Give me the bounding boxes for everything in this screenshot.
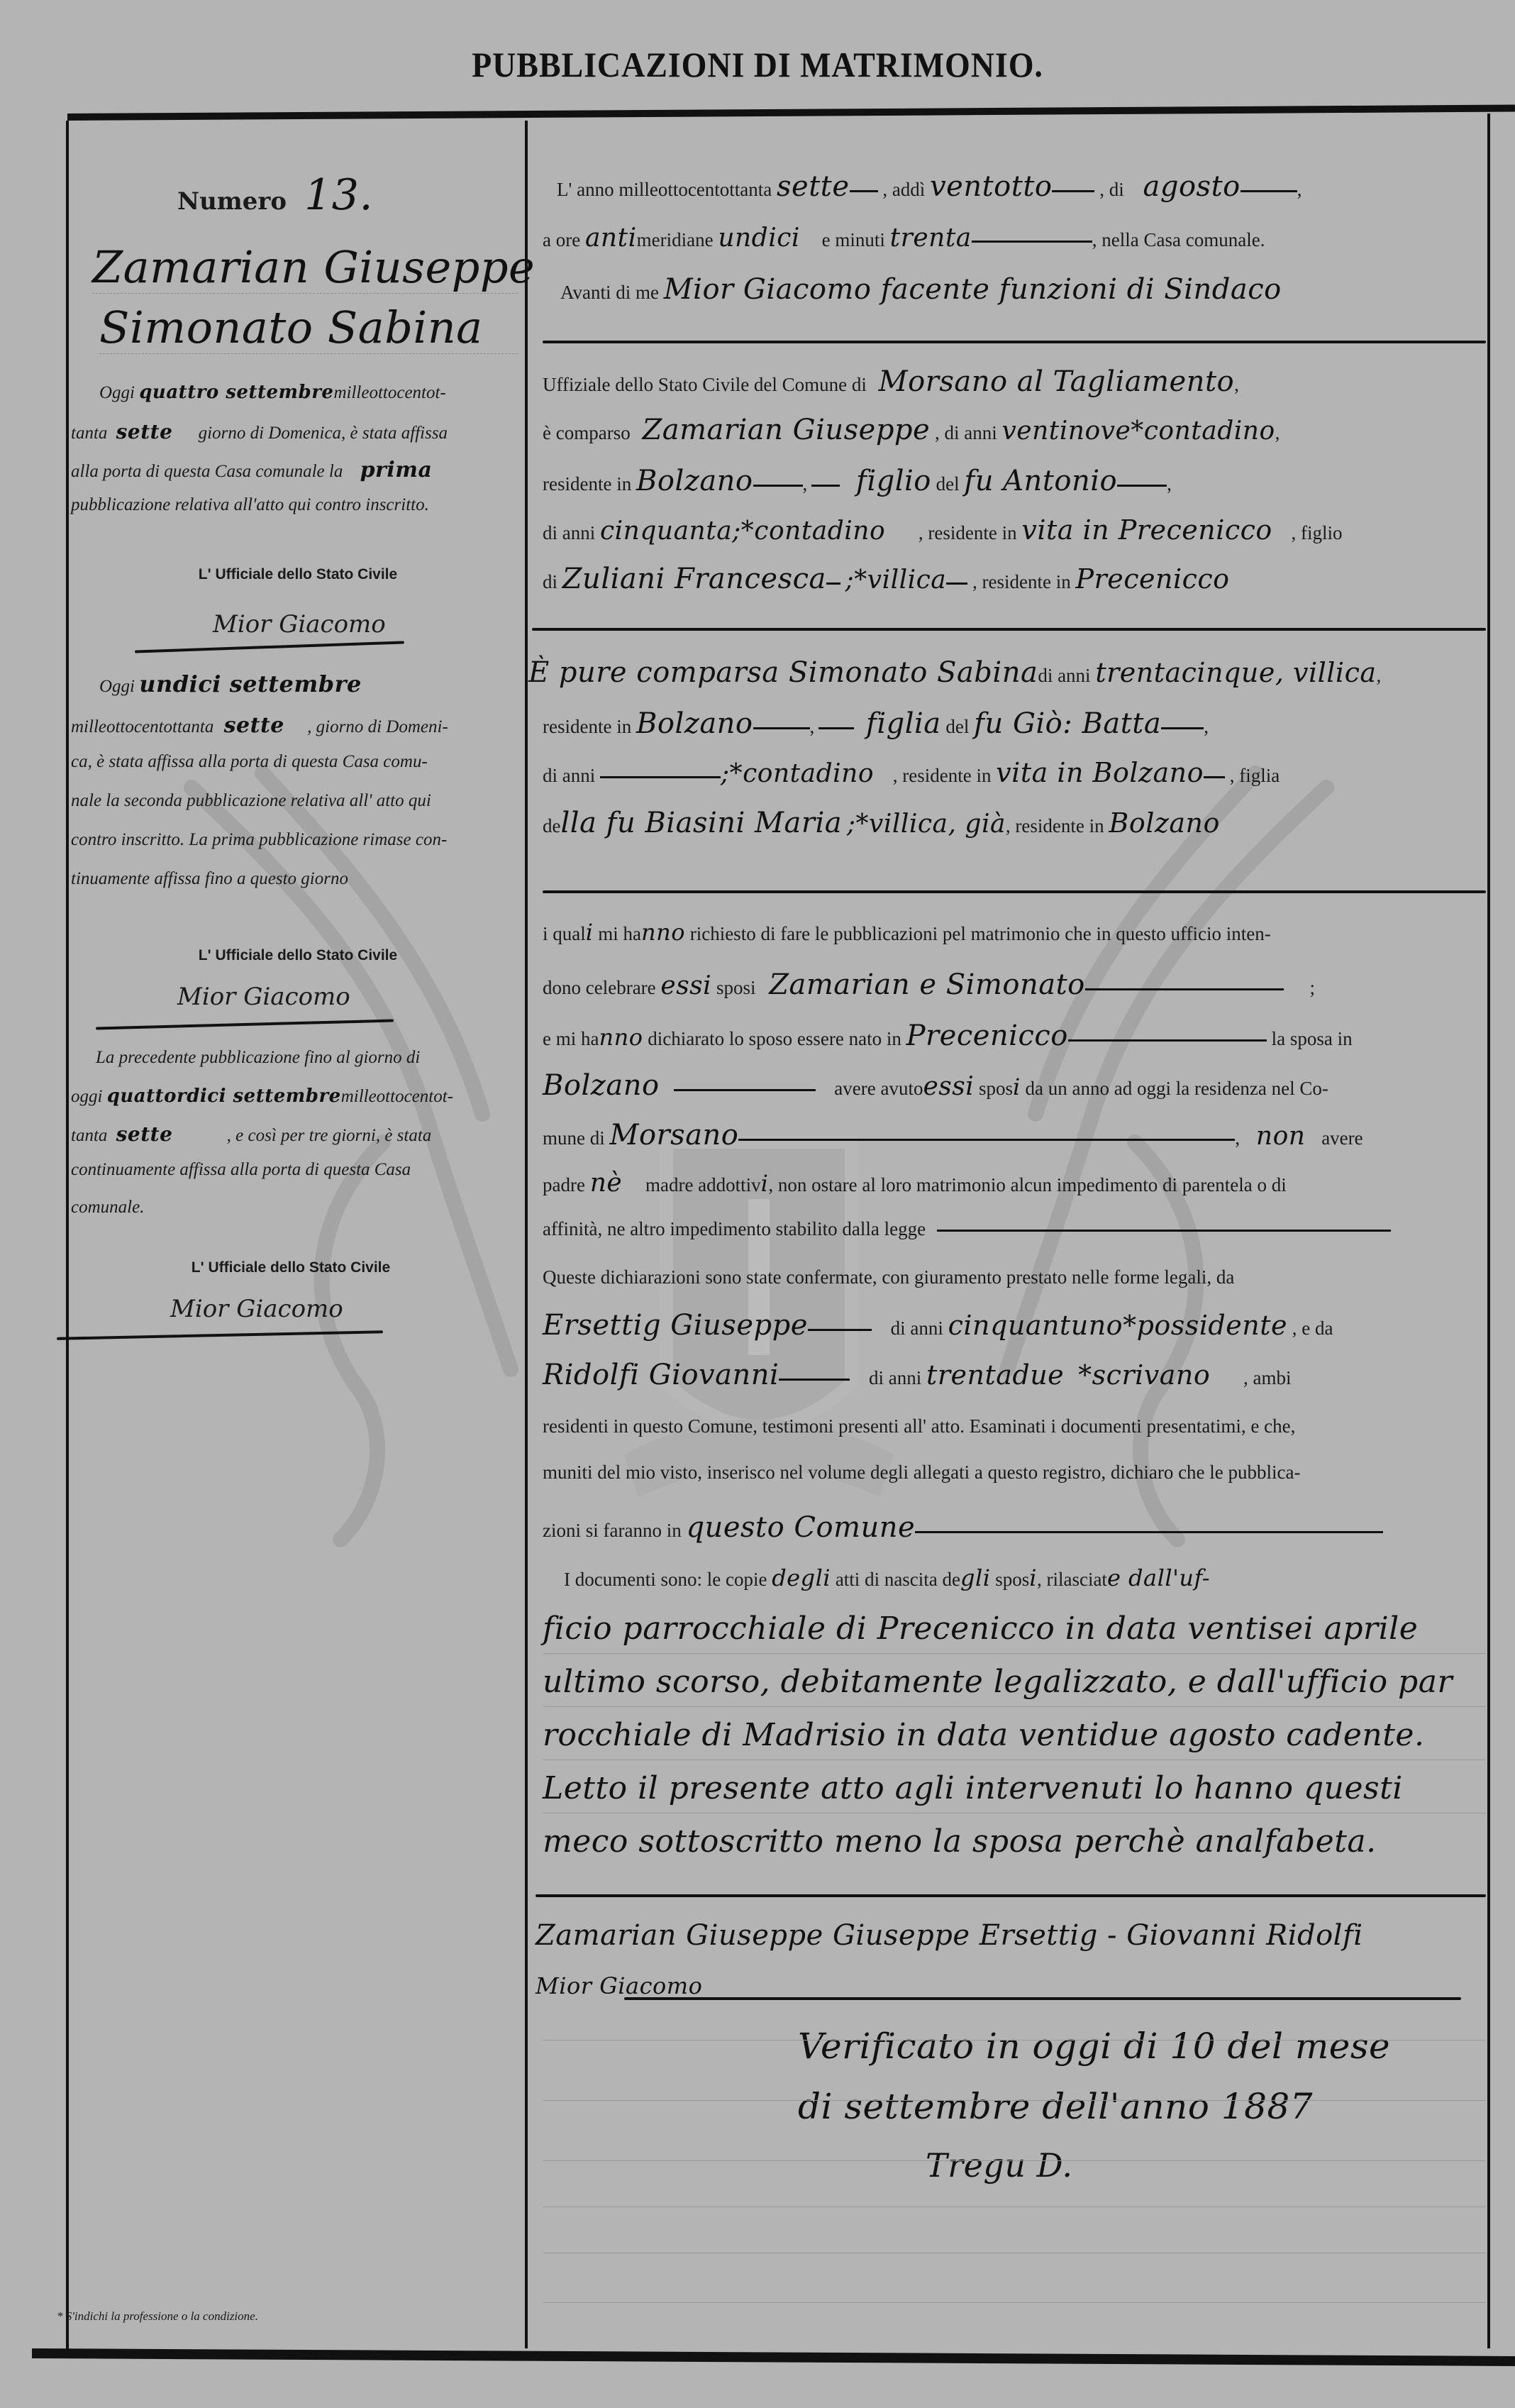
hour-value: undici bbox=[718, 223, 800, 253]
bride-age: trentacinque bbox=[1095, 657, 1275, 688]
second-pub-line2: milleottocentottanta sette , giorno di D… bbox=[71, 713, 448, 738]
text: meridiane bbox=[637, 229, 714, 250]
signature-underline bbox=[624, 1997, 1461, 2000]
text: , ambi bbox=[1243, 1367, 1292, 1388]
second-pub-line3: ca, è stata affissa alla porta di questa… bbox=[71, 752, 428, 772]
text: dono celebrare bbox=[543, 977, 656, 998]
numero-label: Numero bbox=[177, 187, 287, 216]
text: , giorno di Domeni- bbox=[307, 717, 448, 736]
section-divider bbox=[543, 890, 1486, 893]
plural-suffix: nno bbox=[599, 1024, 643, 1051]
text: richiesto di fare le pubblicazioni pel m… bbox=[690, 923, 1271, 944]
bride-father-residence: vita in Bolzano bbox=[996, 757, 1204, 788]
first-pub-year: sette bbox=[116, 420, 173, 443]
text: , residente in bbox=[919, 522, 1017, 543]
comune-value: Morsano al Tagliamento bbox=[879, 365, 1234, 398]
witness1-profession: *possidente bbox=[1123, 1310, 1287, 1341]
groom-name: Zamarian Giuseppe bbox=[92, 241, 535, 293]
father-profession: ;*contadino bbox=[732, 517, 885, 546]
ne-value: nè bbox=[590, 1169, 623, 1198]
signatures-row: Zamarian Giuseppe Giuseppe Ersettig - Gi… bbox=[535, 1919, 1363, 1952]
hw-text: gli bbox=[960, 1564, 990, 1591]
spouses-value: Zamarian e Simonato bbox=[769, 968, 1085, 1001]
adoptive-parents-line: padre nè madre addottivi, non ostare al … bbox=[543, 1169, 1287, 1198]
text: , di anni bbox=[935, 422, 997, 443]
document-title: PUBBLICAZIONI DI MATRIMONIO. bbox=[60, 44, 1454, 85]
closing-year: sette bbox=[116, 1122, 173, 1146]
closing-line3: tanta sette , e così per tre giorni, è s… bbox=[71, 1122, 431, 1146]
text: di anni bbox=[543, 765, 595, 786]
frame-bottom-rule bbox=[32, 2348, 1515, 2366]
mother-name: Zuliani Francesca bbox=[562, 563, 826, 595]
groom-residence: Bolzano bbox=[636, 465, 753, 497]
text: , residente in bbox=[972, 571, 1071, 592]
register-line: muniti del mio visto, inserisco nel volu… bbox=[543, 1462, 1300, 1484]
text: , e da bbox=[1292, 1318, 1333, 1339]
groom-value: Zamarian Giuseppe bbox=[642, 414, 930, 446]
text: , bbox=[1297, 179, 1302, 200]
text: avere bbox=[1321, 1127, 1363, 1149]
witness1-line: Ersettig Giuseppe di anni cinquantuno*po… bbox=[543, 1309, 1333, 1342]
ruled-line bbox=[543, 2040, 1486, 2040]
witness1-age: cinquantuno bbox=[948, 1310, 1123, 1341]
text: , nella Casa comunale. bbox=[1092, 229, 1265, 250]
groom-name-row: Zamarian Giuseppe bbox=[92, 241, 518, 294]
essi-value: essi bbox=[923, 1072, 974, 1101]
text: ; bbox=[1309, 977, 1315, 998]
witness2-age: trentadue bbox=[926, 1359, 1064, 1391]
daughter-of: figlia bbox=[866, 707, 941, 740]
text: , bbox=[1234, 374, 1239, 395]
bride-birthplace: Bolzano bbox=[543, 1069, 660, 1102]
text: di anni bbox=[891, 1318, 943, 1339]
text: di anni bbox=[869, 1367, 921, 1388]
text: , rilasciat bbox=[1037, 1569, 1107, 1590]
first-pub-line1: Oggi quattro settembremilleottocentot- bbox=[99, 382, 446, 403]
officer-signature-2: Mior Giacomo bbox=[177, 983, 350, 1011]
text: i qual bbox=[543, 923, 586, 944]
section-divider bbox=[532, 628, 1486, 631]
first-pub-line4: pubblicazione relativa all'atto qui cont… bbox=[71, 495, 429, 515]
ruled-line bbox=[543, 1706, 1486, 1707]
text: di anni bbox=[1038, 665, 1090, 686]
text: de bbox=[543, 815, 560, 836]
text: di nascita de bbox=[865, 1569, 960, 1590]
officer-signature-3: Mior Giacomo bbox=[170, 1295, 343, 1323]
impediment-line: affinità, ne altro impedimento stabilito… bbox=[543, 1218, 1391, 1240]
text: oggi bbox=[71, 1087, 102, 1106]
plural-suffix: i bbox=[761, 1170, 769, 1197]
text: mune di bbox=[543, 1127, 605, 1149]
officer-final-signature: Mior Giacomo bbox=[535, 1972, 702, 1999]
text: avere avuto bbox=[834, 1078, 923, 1099]
second-pub-line1: Oggi undici settembre bbox=[99, 670, 362, 697]
text: giorno di Domenica, è stata affissa bbox=[199, 424, 448, 443]
bride-name: Simonato Sabina bbox=[99, 302, 483, 353]
second-pub-year: sette bbox=[224, 713, 284, 738]
signature-underline bbox=[57, 1330, 383, 1340]
first-pub-line3: alla porta di questa Casa comunale la pr… bbox=[71, 458, 432, 482]
first-pub-ordinal: prima bbox=[360, 458, 433, 482]
text: , e così per tre giorni, è stata bbox=[227, 1126, 432, 1145]
bride-mother-residence: Bolzano bbox=[1109, 807, 1219, 839]
act-time-line: a ore antimeridiane undici e minuti tren… bbox=[543, 223, 1265, 253]
father-name: fu Antonio bbox=[964, 465, 1117, 497]
text: è comparso bbox=[543, 422, 631, 443]
first-pub-line2: tanta sette giorno di Domenica, è stata … bbox=[71, 420, 448, 443]
comune-residence-line: mune di Morsano, non avere bbox=[543, 1119, 1363, 1151]
text: atti bbox=[836, 1569, 860, 1590]
birthplace-line: e mi hanno dichiarato lo sposo essere na… bbox=[543, 1020, 1353, 1052]
bride-residence-line: residente in Bolzano, figlia del fu Giò:… bbox=[543, 707, 1209, 740]
publication-place-line: zioni si faranno in questo Comune bbox=[543, 1511, 1383, 1544]
officer-label-2: L' Ufficiale dello Stato Civile bbox=[71, 947, 525, 964]
ruled-line bbox=[543, 2100, 1486, 2101]
text: I documenti sono: le copie bbox=[564, 1569, 767, 1590]
text: milleottocentottanta bbox=[71, 717, 213, 736]
oggi-label: Oggi bbox=[99, 677, 135, 696]
ante-value: anti bbox=[585, 223, 637, 253]
bride-father-profession: ;*contadino bbox=[721, 759, 874, 788]
closing-line2: oggi quattordici settembremilleottocento… bbox=[71, 1086, 453, 1107]
text: , non ostare al loro matrimonio alcun im… bbox=[768, 1174, 1286, 1195]
mother-residence: Precenicco bbox=[1075, 563, 1229, 595]
bride-mother-profession: ;*villica, già bbox=[847, 810, 1006, 839]
handwritten-line-3: rocchiale di Madrisio in data ventidue a… bbox=[543, 1717, 1424, 1753]
bride-mother-line: della fu Biasini Maria ;*villica, già, r… bbox=[543, 807, 1220, 839]
text: e mi ha bbox=[543, 1028, 599, 1049]
request-line: i quali mi hanno richiesto di fare le pu… bbox=[543, 919, 1271, 946]
witness1-name: Ersettig Giuseppe bbox=[543, 1309, 808, 1342]
handwritten-line-4: Letto il presente atto agli intervenuti … bbox=[543, 1770, 1403, 1806]
plural-suffix: i bbox=[1013, 1073, 1021, 1100]
closing-line1: La precedente pubblicazione fino al gior… bbox=[96, 1048, 420, 1068]
text: sposi bbox=[716, 977, 756, 998]
ruled-line bbox=[543, 1760, 1486, 1760]
closing-line5: comunale. bbox=[71, 1198, 144, 1217]
text: residente in bbox=[543, 716, 631, 737]
ruled-line bbox=[543, 1653, 1486, 1654]
signature-underline bbox=[135, 641, 404, 653]
text: affinità, ne altro impedimento stabilito… bbox=[543, 1218, 926, 1239]
ruled-line bbox=[543, 2160, 1486, 2161]
essi-value: essi bbox=[660, 971, 711, 1000]
text: di anni bbox=[543, 522, 595, 543]
ruled-line bbox=[543, 2207, 1486, 2207]
numero-row: Numero 13. bbox=[177, 170, 373, 220]
bride-profession: , villica bbox=[1275, 657, 1377, 688]
text: spos bbox=[979, 1078, 1013, 1099]
officiant-value: Mior Giacomo facente funzioni di Sindaco bbox=[664, 273, 1282, 306]
text: madre addottiv bbox=[645, 1174, 761, 1195]
witness2-profession: *scrivano bbox=[1078, 1359, 1210, 1391]
text: , figlio bbox=[1292, 522, 1343, 543]
father-age: cinquanta bbox=[600, 517, 732, 546]
text: padre bbox=[543, 1174, 585, 1195]
text: e minuti bbox=[822, 229, 885, 250]
groom-line: è comparso Zamarian Giuseppe , di anni v… bbox=[543, 414, 1280, 446]
text: residente in bbox=[543, 473, 631, 495]
closing-line4: continuamente affissa alla porta di ques… bbox=[71, 1160, 411, 1180]
column-divider bbox=[525, 121, 528, 2348]
text: spos bbox=[995, 1569, 1029, 1590]
text: milleottocentot- bbox=[333, 383, 445, 402]
witnesses-intro-line: Queste dichiarazioni sono state conferma… bbox=[543, 1266, 1234, 1288]
officer-label-3: L' Ufficiale dello Stato Civile bbox=[71, 1259, 511, 1276]
mother-profession: ;*villica bbox=[845, 565, 947, 595]
section-divider bbox=[535, 1894, 1486, 1897]
text: di bbox=[543, 571, 557, 592]
residence-line: Bolzano avere avutoessi sposi da un anno… bbox=[543, 1069, 1328, 1102]
text: L' anno milleottocentottanta bbox=[557, 179, 772, 200]
second-pub-line5: contro inscritto. La prima pubblicazione… bbox=[71, 830, 447, 850]
first-pub-date: quattro settembre bbox=[139, 382, 333, 403]
text: zioni si faranno in bbox=[543, 1520, 682, 1541]
hw-text: e dall'uf- bbox=[1107, 1564, 1210, 1591]
day-value: ventotto bbox=[930, 170, 1052, 203]
text: tanta bbox=[71, 1126, 107, 1145]
text: milleottocentot- bbox=[341, 1087, 453, 1106]
bride-value: È pure comparsa Simonato Sabina bbox=[528, 656, 1038, 689]
signature-underline bbox=[96, 1020, 394, 1030]
groom-birthplace: Precenicco bbox=[906, 1020, 1068, 1052]
text: , di bbox=[1099, 179, 1124, 200]
witness2-line: Ridolfi Giovanni di anni trentadue*scriv… bbox=[543, 1359, 1292, 1391]
officer-signature-1: Mior Giacomo bbox=[213, 610, 386, 639]
handwritten-line-1: ficio parrocchiale di Precenicco in data… bbox=[543, 1611, 1418, 1647]
text: Avanti di me bbox=[560, 282, 659, 303]
plural-suffix: i bbox=[586, 919, 594, 946]
right-border bbox=[1487, 114, 1490, 2348]
text: del bbox=[945, 716, 969, 737]
text: dichiarato lo sposo essere nato in bbox=[648, 1028, 901, 1049]
bride-father-name: fu Giò: Batta bbox=[974, 707, 1161, 740]
text: del bbox=[936, 473, 960, 495]
text: , bbox=[810, 716, 815, 737]
ruled-line bbox=[543, 1813, 1486, 1813]
text: , residente in bbox=[1006, 815, 1104, 836]
bride-mother-name: lla fu Biasini Maria bbox=[560, 807, 842, 839]
footnote: * S'indichi la professione o la condizio… bbox=[57, 2309, 258, 2324]
second-pub-date: undici settembre bbox=[139, 670, 362, 697]
father-details-line: di anni cinquanta;*contadino , residente… bbox=[543, 514, 1343, 546]
text: mi ha bbox=[598, 923, 641, 944]
text: , bbox=[1377, 665, 1382, 686]
officiant-line: Avanti di me Mior Giacomo facente funzio… bbox=[560, 273, 1282, 306]
mother-line: di Zuliani Francesca ;*villica , residen… bbox=[543, 563, 1230, 595]
spouses-line: dono celebrare essi sposi Zamarian e Sim… bbox=[543, 968, 1315, 1001]
closing-date: quattordici settembre bbox=[107, 1086, 341, 1107]
numero-value: 13. bbox=[304, 170, 373, 220]
text: alla porta di questa Casa comunale la bbox=[71, 462, 343, 481]
second-pub-line6: tinuamente affissa fino a questo giorno bbox=[71, 869, 348, 889]
publication-place: questo Comune bbox=[686, 1511, 915, 1544]
month-value: agosto bbox=[1143, 170, 1241, 203]
text: , bbox=[1167, 473, 1172, 495]
text: , addì bbox=[882, 179, 925, 200]
text: , bbox=[1275, 422, 1280, 443]
residence-comune: Morsano bbox=[610, 1119, 739, 1151]
bride-father-details-line: di anni ;*contadino , residente in vita … bbox=[543, 757, 1280, 788]
text: , bbox=[1235, 1127, 1240, 1149]
text: Uffiziale dello Stato Civile del Comune … bbox=[543, 374, 867, 395]
bride-name-row: Simonato Sabina bbox=[99, 302, 518, 354]
hw-text: i bbox=[1029, 1564, 1037, 1591]
act-date-line: L' anno milleottocentottanta sette , add… bbox=[557, 170, 1302, 203]
groom-profession: *contadino bbox=[1131, 416, 1275, 446]
text: la sposa in bbox=[1272, 1028, 1353, 1049]
frame-top-rule bbox=[67, 105, 1515, 121]
text: , residente in bbox=[893, 765, 992, 786]
verification-line-2: di settembre dell'anno 1887 bbox=[798, 2086, 1313, 2127]
witness2-name: Ridolfi Giovanni bbox=[543, 1359, 779, 1391]
section-divider bbox=[543, 341, 1486, 343]
groom-residence-line: residente in Bolzano, figlio del fu Anto… bbox=[543, 465, 1172, 497]
verification-signature: Tregu D. bbox=[926, 2146, 1072, 2185]
year-value: sette bbox=[777, 170, 850, 203]
officer-label-1: L' Ufficiale dello Stato Civile bbox=[71, 566, 525, 583]
groom-age: ventinove bbox=[1001, 416, 1131, 446]
text: tanta bbox=[71, 424, 107, 443]
oggi-label: Oggi bbox=[99, 383, 135, 402]
second-pub-line4: nale la seconda pubblicazione relativa a… bbox=[71, 791, 431, 811]
text: da un anno ad oggi la residenza nel Co- bbox=[1026, 1078, 1328, 1099]
bride-line: È pure comparsa Simonato Sabinadi anni t… bbox=[528, 656, 1381, 689]
ruled-line bbox=[543, 2253, 1486, 2253]
bride-residence: Bolzano bbox=[636, 707, 753, 740]
text: , figlia bbox=[1230, 765, 1280, 786]
non-value: non bbox=[1256, 1122, 1306, 1151]
text: , bbox=[1204, 716, 1209, 737]
handwritten-line-5: meco sottoscritto meno la sposa perchè a… bbox=[543, 1823, 1377, 1860]
son-of: figlio bbox=[856, 465, 931, 497]
text: , bbox=[803, 473, 808, 495]
minutes-value: trenta bbox=[890, 223, 972, 253]
hw-text: degli bbox=[772, 1564, 831, 1591]
ruled-line bbox=[543, 2302, 1486, 2303]
documents-line: I documenti sono: le copie degli atti di… bbox=[564, 1564, 1210, 1591]
comune-line: Uffiziale dello Stato Civile del Comune … bbox=[543, 365, 1239, 398]
examination-line: residenti in questo Comune, testimoni pr… bbox=[543, 1415, 1295, 1437]
text: a ore bbox=[543, 229, 580, 250]
verification-line-1: Verificato in oggi di 10 del mese bbox=[798, 2026, 1390, 2067]
plural-suffix: nno bbox=[641, 919, 685, 946]
father-residence: vita in Precenicco bbox=[1021, 514, 1272, 546]
handwritten-line-2: ultimo scorso, debitamente legalizzato, … bbox=[543, 1664, 1453, 1700]
left-border bbox=[66, 121, 69, 2352]
